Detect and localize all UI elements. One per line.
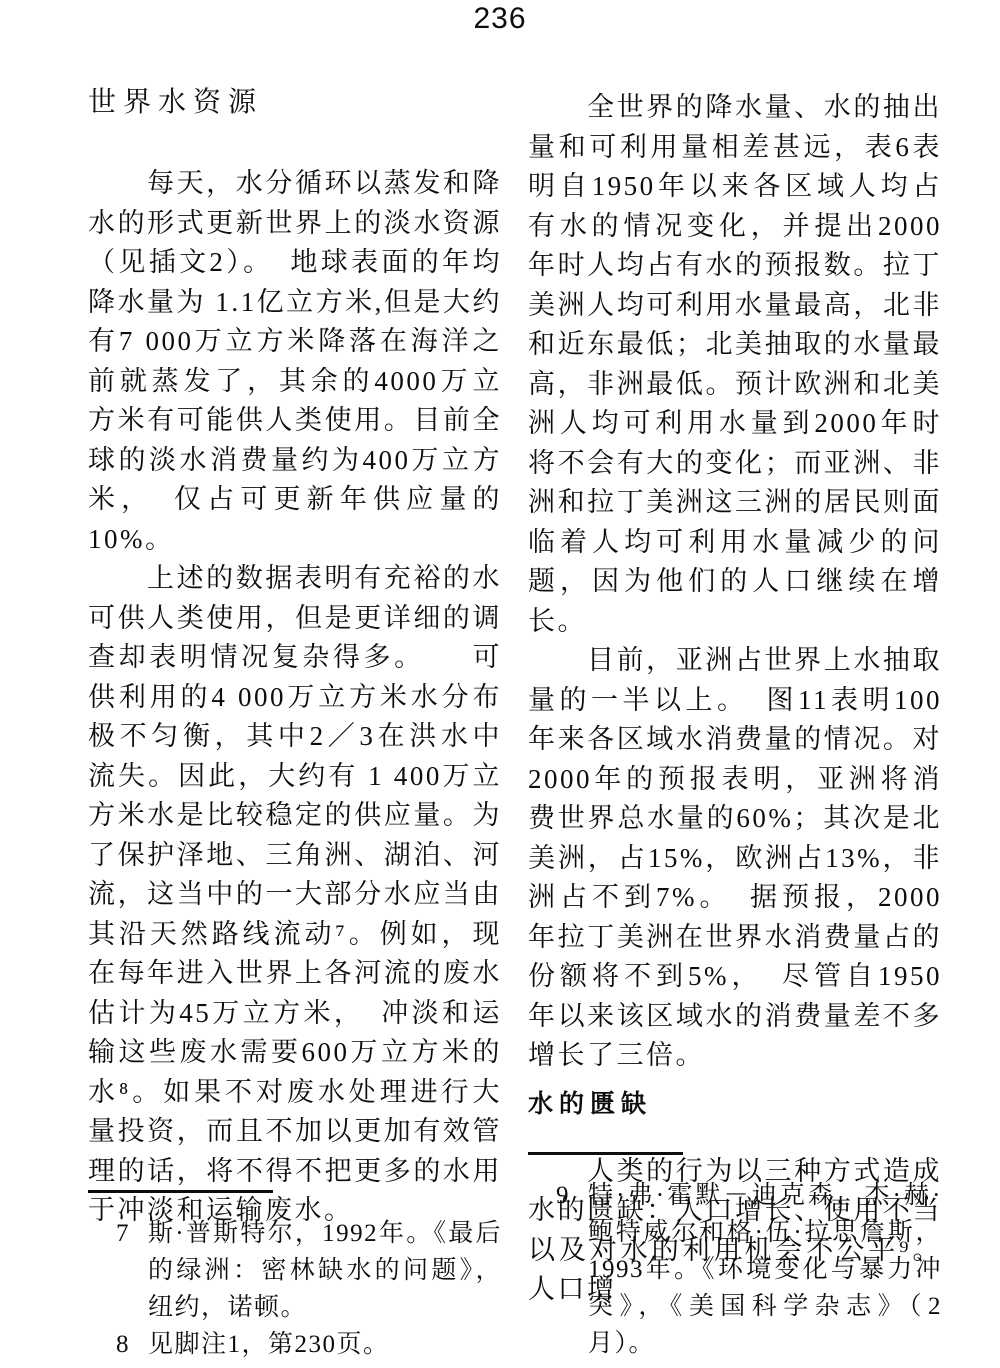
footnote-divider <box>528 1152 683 1155</box>
right-footnote-block: 9 特·弗·霍默－迪克森，杰·赫·鲍特威尔和格·伍·拉思詹斯，1993年。《环境… <box>528 1152 942 1362</box>
footnote-number: 7 <box>116 1215 148 1252</box>
footnote-number: 9 <box>556 1177 588 1214</box>
footnote-8: 8 见脚注1，第230页。 <box>88 1326 502 1363</box>
section-heading-world-water-resources: 世界水资源 <box>88 86 502 120</box>
footnote-text: 见脚注1，第230页。 <box>148 1326 502 1363</box>
footnote-text: 特·弗·霍默－迪克森，杰·赫·鲍特威尔和格·伍·拉思詹斯，1993年。《环境变化… <box>588 1177 942 1362</box>
document-page: 236 世界水资源 每天，水分循环以蒸发和降水的形式更新世界上的淡水资源（见插文… <box>0 0 1000 1368</box>
left-footnote-block: 7 斯·普斯特尔，1992年。《最后的绿洲：密林缺水的问题》，纽约，诺顿。 8 … <box>88 1190 502 1363</box>
footnote-divider <box>88 1190 273 1193</box>
right-paragraph-2: 目前，亚洲占世界上水抽取量的一半以上。 图11表明100年来各区域水消费量的情况… <box>528 641 942 1076</box>
right-paragraph-1: 全世界的降水量、水的抽出量和可利用量相差甚远，表6表明自1950年以来各区域人均… <box>528 88 942 641</box>
right-column: 全世界的降水量、水的抽出量和可利用量相差甚远，表6表明自1950年以来各区域人均… <box>528 88 942 1310</box>
left-paragraph-2: 上述的数据表明有充裕的水可供人类使用，但是更详细的调查却表明情况复杂得多。 可供… <box>88 559 502 1231</box>
footnote-text: 斯·普斯特尔，1992年。《最后的绿洲：密林缺水的问题》，纽约，诺顿。 <box>148 1215 502 1326</box>
page-number: 236 <box>0 2 1000 36</box>
footnote-number: 8 <box>116 1326 148 1363</box>
section-subheading-water-scarcity: 水的匮缺 <box>528 1090 942 1120</box>
footnote-9: 9 特·弗·霍默－迪克森，杰·赫·鲍特威尔和格·伍·拉思詹斯，1993年。《环境… <box>528 1177 942 1362</box>
footnote-7: 7 斯·普斯特尔，1992年。《最后的绿洲：密林缺水的问题》，纽约，诺顿。 <box>88 1215 502 1326</box>
left-paragraph-1: 每天，水分循环以蒸发和降水的形式更新世界上的淡水资源（见插文2）。 地球表面的年… <box>88 164 502 559</box>
left-column: 世界水资源 每天，水分循环以蒸发和降水的形式更新世界上的淡水资源（见插文2）。 … <box>88 86 502 1231</box>
